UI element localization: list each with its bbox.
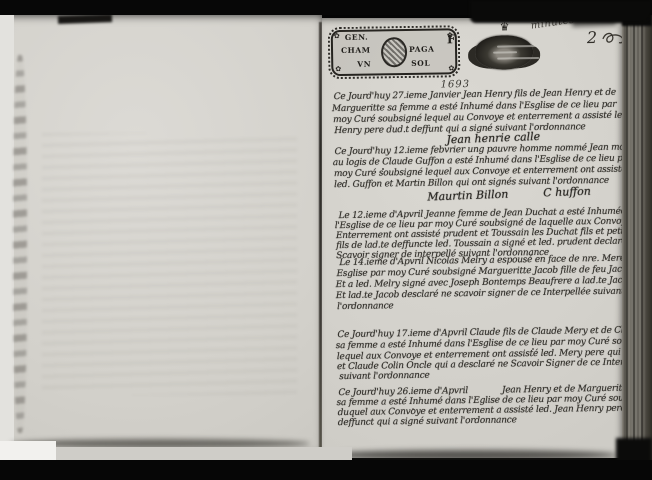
page-number: 2 bbox=[587, 28, 597, 47]
stamp-word: PAGA bbox=[409, 45, 435, 54]
page-edge-line bbox=[626, 10, 628, 470]
page-edge-line bbox=[633, 10, 635, 470]
ink-bleedthrough bbox=[42, 133, 297, 395]
left-page-edge-stain bbox=[13, 55, 27, 433]
fleuron-icon: ✿ bbox=[334, 32, 340, 40]
stamp-word: CHAM bbox=[341, 46, 371, 55]
left-page-top-shadow bbox=[58, 14, 112, 24]
stamp-text-line bbox=[497, 45, 539, 48]
tax-stamp: ✿ ✿ ✿ ✿ GEN. CHAM PAGA VN SOL bbox=[331, 28, 458, 76]
register-page: minutes 2 ✿ ✿ ✿ ✿ GEN. CHAM PAGA VN SOL … bbox=[322, 18, 622, 458]
page-edge-stack bbox=[622, 10, 652, 470]
stamp-text-line bbox=[497, 57, 539, 60]
stamp-word: SOL bbox=[411, 59, 430, 68]
year-heading: 1693 bbox=[441, 79, 471, 90]
page-content: minutes 2 ✿ ✿ ✿ ✿ GEN. CHAM PAGA VN SOL … bbox=[319, 16, 626, 461]
armorial-stamp-icon: ♛ bbox=[461, 28, 550, 73]
right-page-bottom-edge bbox=[326, 450, 618, 460]
scan-bottom-band bbox=[0, 460, 652, 480]
entry-line: l'ordonnance bbox=[337, 301, 394, 312]
armorial-cartouche bbox=[475, 35, 534, 70]
stamp-word: GEN. bbox=[345, 33, 369, 42]
stamp-letter: F bbox=[447, 32, 456, 46]
manuscript-scan: minutes 2 ✿ ✿ ✿ ✿ GEN. CHAM PAGA VN SOL … bbox=[0, 0, 652, 480]
page-edge-line bbox=[641, 10, 643, 470]
left-blank-page bbox=[0, 15, 322, 447]
stamp-text-line bbox=[493, 51, 517, 53]
signature: C huffon bbox=[543, 185, 591, 200]
stamp-word: VN bbox=[357, 60, 371, 69]
entry-line: deffunct qui a signé suivant l'ordonnanc… bbox=[338, 415, 517, 428]
fleuron-icon: ✿ bbox=[448, 64, 454, 72]
left-page-outer-margin bbox=[0, 15, 14, 447]
scan-top-band-right bbox=[470, 0, 652, 23]
fleuron-icon: ✿ bbox=[335, 65, 341, 73]
entry-line: suivant l'ordonnance bbox=[339, 371, 430, 382]
signature: Maurtin Billon bbox=[427, 188, 508, 204]
stamp-medallion-icon bbox=[381, 37, 407, 67]
